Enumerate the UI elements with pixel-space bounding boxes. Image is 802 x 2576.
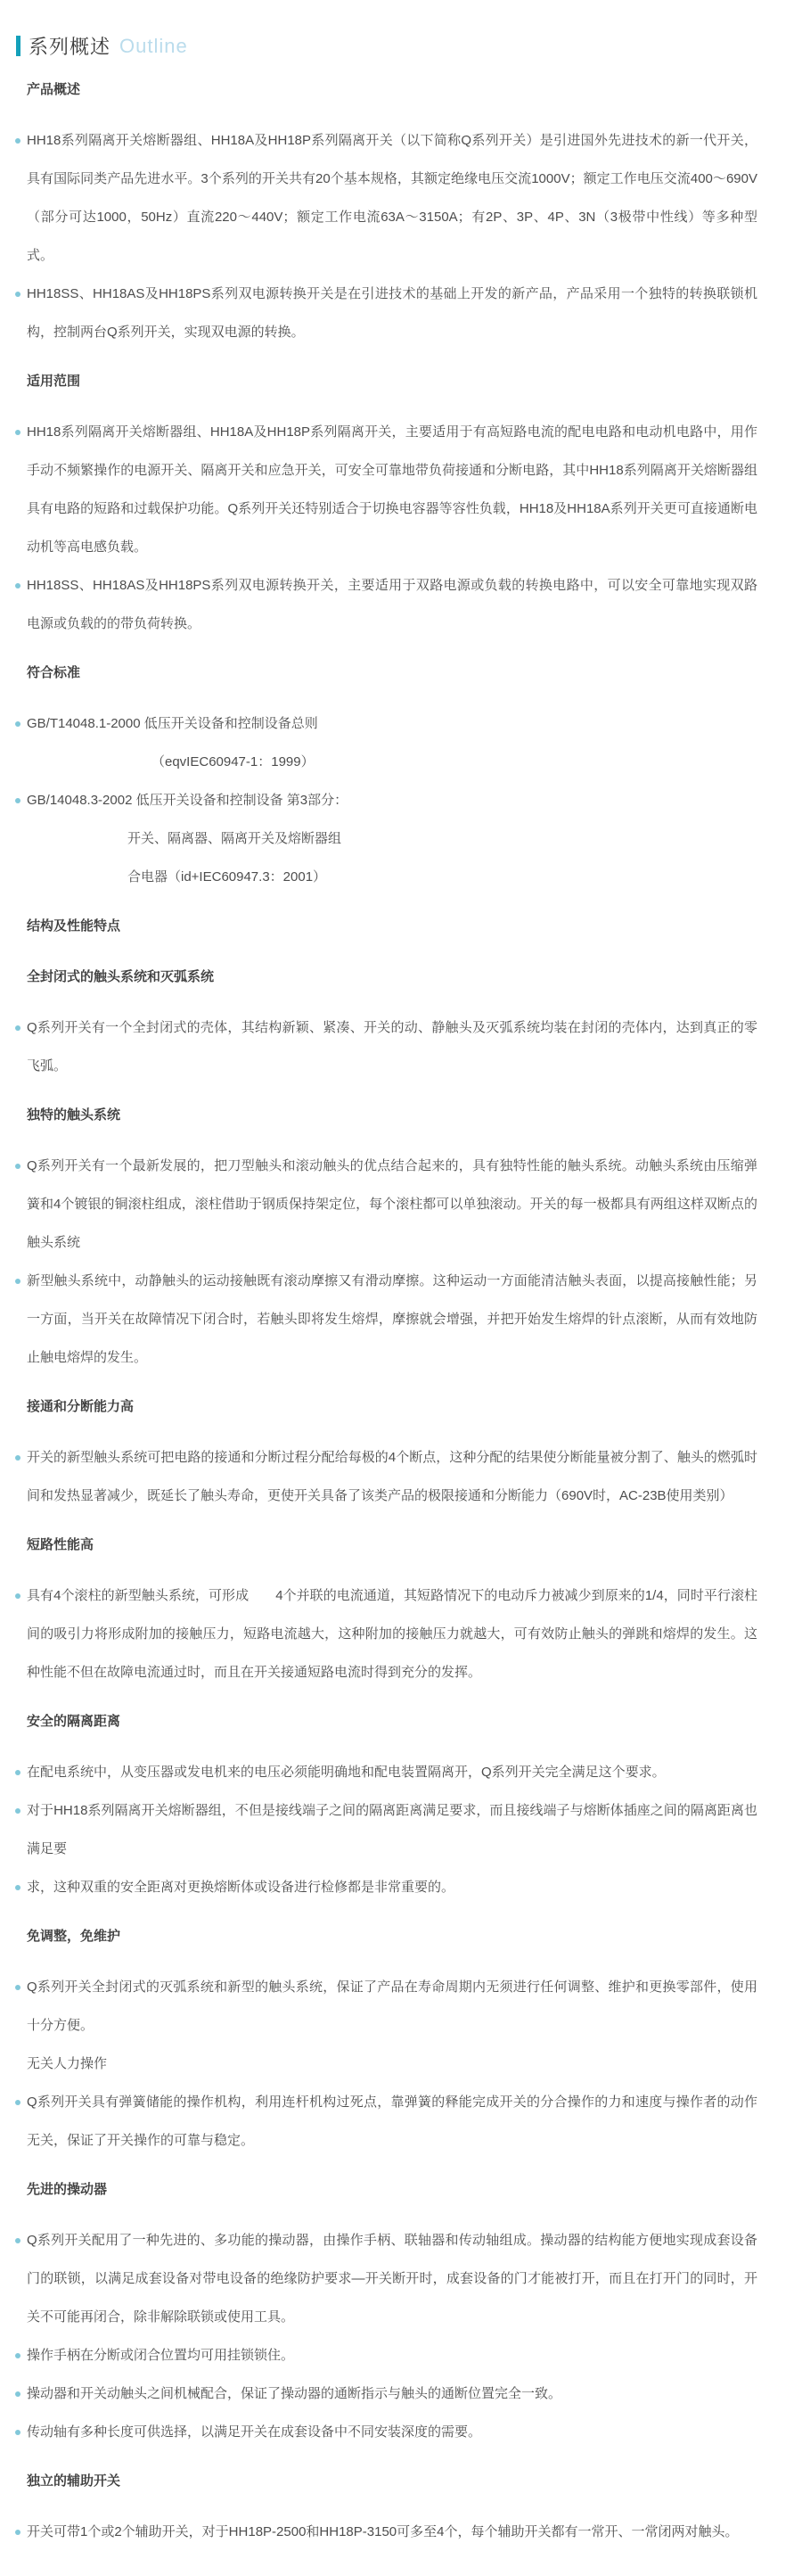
paragraph-text: 求，这种双重的安全距离对更换熔断体或设备进行检修都是非常重要的。 (27, 1880, 454, 1895)
heading-independent-auxiliary-switch: 独立的辅助开关 (27, 2462, 757, 2500)
bullet-item: GB/14048.3-2002 低压开关设备和控制设备 第3部分： (27, 781, 757, 819)
bullet-dot (15, 2100, 20, 2105)
document-content: 产品概述 HH18系列隔离开关熔断器组、HH18A及HH18P系列隔离开关（以下… (27, 70, 757, 2551)
paragraph-text: （eqvIEC60947-1：1999） (151, 754, 315, 770)
bullet-dot (15, 430, 20, 435)
paragraph-text: HH18系列隔离开关熔断器组、HH18A及HH18P系列隔离开关（以下简称Q系列… (27, 133, 757, 263)
indent-line: （eqvIEC60947-1：1999） (27, 743, 757, 781)
heading-no-adjustment-maintenance: 免调整，免维护 (27, 1917, 757, 1955)
paragraph-text: GB/T14048.1-2000 低压开关设备和控制设备总则 (27, 716, 318, 731)
bullet-item: 新型触头系统中，动静触头的运动接触既有滚动摩擦又有滑动摩擦。这种运动一方面能清洁… (27, 1262, 757, 1377)
indent-line: 合电器（id+IEC60947.3：2001） (27, 858, 757, 896)
heading-making-breaking-capacity: 接通和分断能力高 (27, 1387, 757, 1426)
bullet-item: 求，这种双重的安全距离对更换熔断体或设备进行检修都是非常重要的。 (27, 1868, 757, 1906)
bullet-item: Q系列开关有一个最新发展的，把刀型触头和滚动触头的优点结合起来的，具有独特性能的… (27, 1147, 757, 1262)
bullet-item: 具有4个滚柱的新型触头系统，可形成 4个并联的电流通道，其短路情况下的电动斥力被… (27, 1576, 757, 1691)
bullet-dot (15, 1885, 20, 1890)
paragraph-text: 操动器和开关动触头之间机械配合，保证了操动器的通断指示与触头的通断位置完全一致。 (27, 2386, 561, 2401)
bullet-dot (15, 292, 20, 297)
paragraph-text: 具有4个滚柱的新型触头系统，可形成 4个并联的电流通道，其短路情况下的电动斥力被… (27, 1588, 757, 1680)
paragraph-text: Q系列开关配用了一种先进的、多功能的操动器，由操作手柄、联轴器和传动轴组成。操动… (27, 2233, 757, 2325)
paragraph-text: 无关人力操作 (27, 2056, 107, 2071)
bullet-dot (15, 1593, 20, 1599)
paragraph-text: Q系列开关全封闭式的灭弧系统和新型的触头系统，保证了产品在寿命周期内无须进行任何… (27, 1979, 757, 2033)
paragraph-text: 开关可带1个或2个辅助开关，对于HH18P-2500和HH18P-3150可多至… (27, 2524, 738, 2539)
bullet-item: 开关的新型触头系统可把电路的接通和分断过程分配给每极的4个断点，这种分配的结果使… (27, 1438, 757, 1515)
paragraph-text: 新型触头系统中，动静触头的运动接触既有滚动摩擦又有滑动摩擦。这种运动一方面能清洁… (27, 1273, 757, 1365)
paragraph-text: 开关的新型触头系统可把电路的接通和分断过程分配给每极的4个断点，这种分配的结果使… (27, 1450, 757, 1503)
paragraph-text: HH18SS、HH18AS及HH18PS系列双电源转换开关，主要适用于双路电源或… (27, 578, 757, 631)
bullet-dot (15, 1279, 20, 1284)
bullet-item: 操动器和开关动触头之间机械配合，保证了操动器的通断指示与触头的通断位置完全一致。 (27, 2374, 757, 2413)
bullet-dot (15, 583, 20, 588)
bullet-dot (15, 1770, 20, 1775)
paragraph-text: 在配电系统中，从变压器或发电机来的电压必须能明确地和配电装置隔离开，Q系列开关完… (27, 1765, 666, 1780)
heading-application-scope: 适用范围 (27, 362, 757, 400)
heading-standards: 符合标准 (27, 654, 757, 692)
bullet-dot (15, 138, 20, 144)
paragraph-text: 开关、隔离器、隔离开关及熔断器组 (127, 831, 341, 846)
bullet-item: 对于HH18系列隔离开关熔断器组，不但是接线端子之间的隔离距离满足要求，而且接线… (27, 1791, 757, 1868)
bullet-dot (15, 2238, 20, 2243)
bullet-dot (15, 2530, 20, 2535)
text-line: 无关人力操作 (27, 2045, 757, 2083)
paragraph-text: Q系列开关有一个最新发展的，把刀型触头和滚动触头的优点结合起来的，具有独特性能的… (27, 1158, 757, 1250)
bullet-item: GB/T14048.1-2000 低压开关设备和控制设备总则 (27, 704, 757, 743)
heading-unique-contact-system: 独特的触头系统 (27, 1096, 757, 1134)
bullet-item: 开关可带1个或2个辅助开关，对于HH18P-2500和HH18P-3150可多至… (27, 2513, 757, 2551)
title-accent-bar (16, 36, 20, 56)
bullet-item: HH18SS、HH18AS及HH18PS系列双电源转换开关是在引进技术的基础上开… (27, 275, 757, 351)
heading-structure-features: 结构及性能特点 (27, 907, 757, 945)
paragraph-text: 对于HH18系列隔离开关熔断器组，不但是接线端子之间的隔离距离满足要求，而且接线… (27, 1803, 757, 1856)
bullet-dot (15, 1985, 20, 1990)
bullet-item: Q系列开关全封闭式的灭弧系统和新型的触头系统，保证了产品在寿命周期内无须进行任何… (27, 1968, 757, 2045)
bullet-item: 在配电系统中，从变压器或发电机来的电压必须能明确地和配电装置隔离开，Q系列开关完… (27, 1753, 757, 1791)
page-title-zh: 系列概述 (29, 32, 110, 60)
bullet-item: HH18系列隔离开关熔断器组、HH18A及HH18P系列隔离开关（以下简称Q系列… (27, 121, 757, 275)
page-title: 系列概述 Outline (16, 32, 775, 60)
paragraph-text: HH18SS、HH18AS及HH18PS系列双电源转换开关是在引进技术的基础上开… (27, 286, 757, 340)
heading-safe-isolation-distance: 安全的隔离距离 (27, 1702, 757, 1741)
indent-line: 开关、隔离器、隔离开关及熔断器组 (27, 819, 757, 858)
heading-product-overview: 产品概述 (27, 70, 757, 109)
bullet-item: HH18系列隔离开关熔断器组、HH18A及HH18P系列隔离开关，主要适用于有高… (27, 413, 757, 566)
bullet-item: Q系列开关具有弹簧储能的操作机构，利用连杆机构过死点，靠弹簧的释能完成开关的分合… (27, 2083, 757, 2160)
paragraph-text: 操作手柄在分断或闭合位置均可用挂锁锁住。 (27, 2348, 294, 2363)
bullet-dot (15, 721, 20, 727)
bullet-item: HH18SS、HH18AS及HH18PS系列双电源转换开关，主要适用于双路电源或… (27, 566, 757, 643)
paragraph-text: Q系列开关有一个全封闭式的壳体，其结构新颖、紧凑、开关的动、静触头及灭弧系统均装… (27, 1020, 757, 1074)
paragraph-text: 合电器（id+IEC60947.3：2001） (127, 869, 326, 885)
bullet-item: Q系列开关配用了一种先进的、多功能的操动器，由操作手柄、联轴器和传动轴组成。操动… (27, 2221, 757, 2336)
paragraph-text: HH18系列隔离开关熔断器组、HH18A及HH18P系列隔离开关，主要适用于有高… (27, 424, 757, 555)
paragraph-text: GB/14048.3-2002 低压开关设备和控制设备 第3部分： (27, 793, 348, 808)
paragraph-text: Q系列开关具有弹簧储能的操作机构，利用连杆机构过死点，靠弹簧的释能完成开关的分合… (27, 2095, 757, 2148)
bullet-dot (15, 1025, 20, 1031)
paragraph-text: 传动轴有多种长度可供选择，以满足开关在成套设备中不同安装深度的需要。 (27, 2424, 481, 2440)
heading-enclosed-contact-system: 全封闭式的触头系统和灭弧系统 (27, 958, 757, 996)
bullet-dot (15, 2430, 20, 2435)
bullet-dot (15, 2391, 20, 2397)
bullet-dot (15, 1164, 20, 1169)
bullet-item: 操作手柄在分断或闭合位置均可用挂锁锁住。 (27, 2336, 757, 2374)
bullet-dot (15, 1455, 20, 1461)
page-title-en: Outline (119, 35, 188, 58)
heading-short-circuit-performance: 短路性能高 (27, 1526, 757, 1564)
bullet-item: 传动轴有多种长度可供选择，以满足开关在成套设备中不同安装深度的需要。 (27, 2413, 757, 2451)
heading-advanced-operator: 先进的操动器 (27, 2170, 757, 2209)
bullet-item: Q系列开关有一个全封闭式的壳体，其结构新颖、紧凑、开关的动、静触头及灭弧系统均装… (27, 1008, 757, 1085)
bullet-dot (15, 798, 20, 803)
series-overview-page: 系列概述 Outline 产品概述 HH18系列隔离开关熔断器组、HH18A及H… (0, 0, 802, 2576)
bullet-dot (15, 1808, 20, 1814)
bullet-dot (15, 2353, 20, 2358)
